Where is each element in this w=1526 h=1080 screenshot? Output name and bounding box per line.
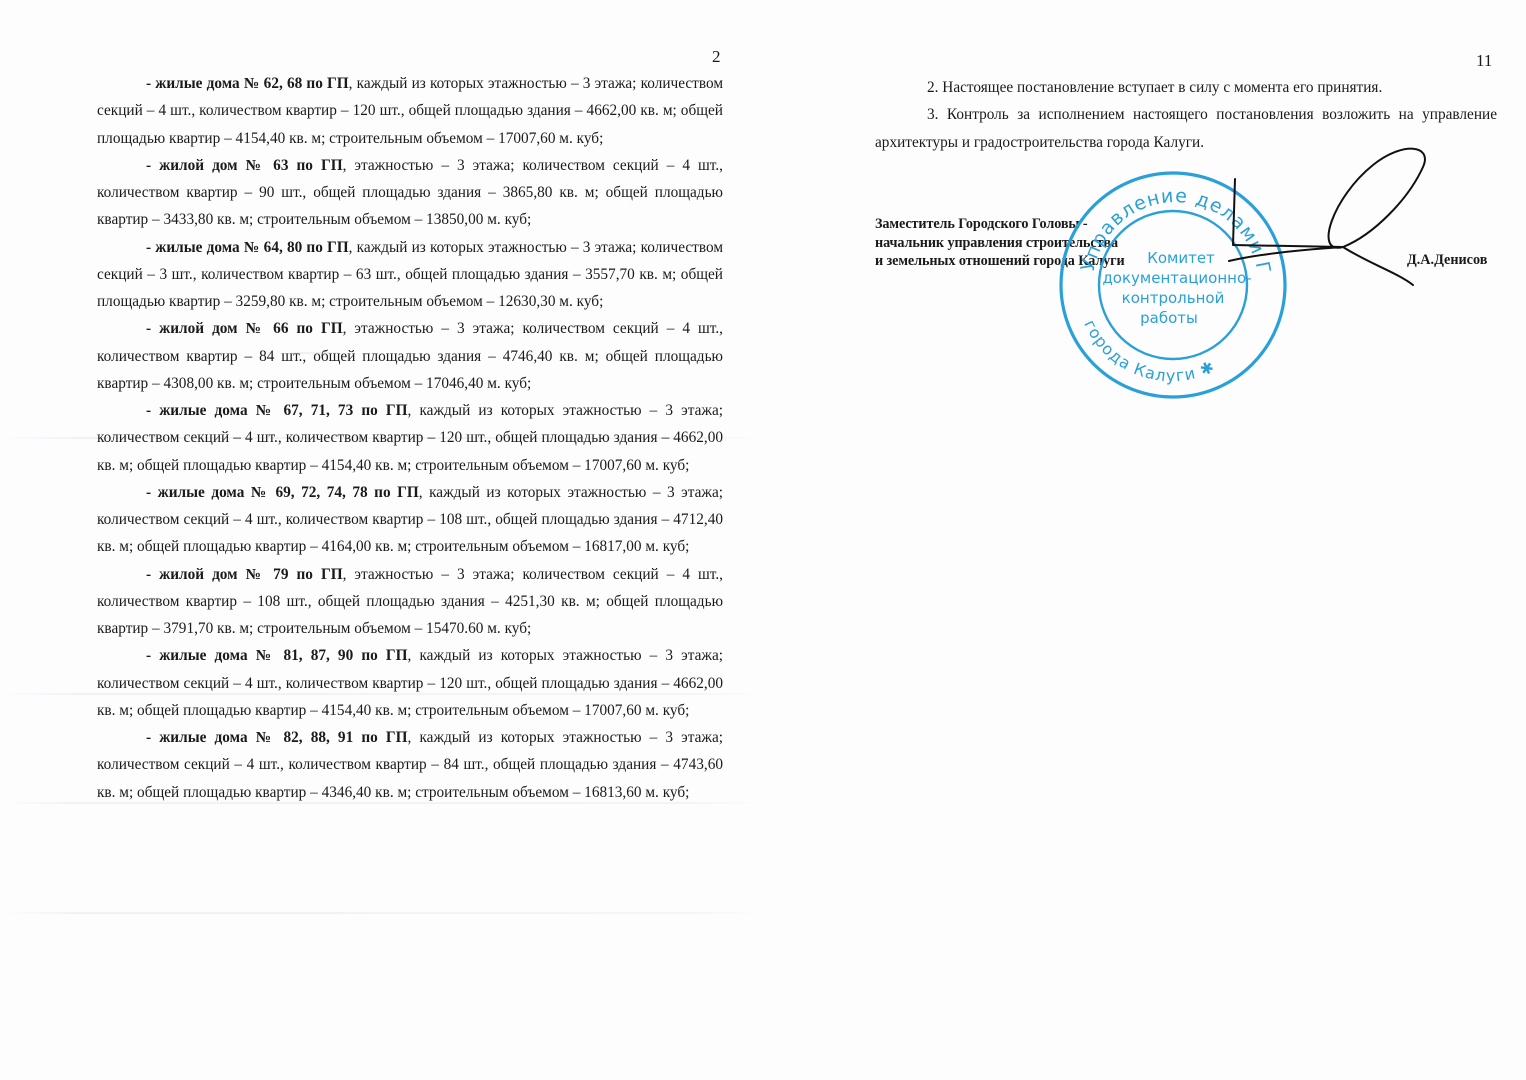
building-entry-heading: - жилые дома № 69, 72, 74, 78 по ГП xyxy=(146,484,419,501)
building-entry-heading: - жилой дом № 79 по ГП xyxy=(146,566,343,583)
building-entry: - жилые дома № 82, 88, 91 по ГП, каждый … xyxy=(97,724,723,806)
page-right: 11 2. Настоящее постановление вступает в… xyxy=(763,0,1526,1080)
building-entry-heading: - жилой дом № 66 по ГП xyxy=(146,320,343,337)
page-number: 11 xyxy=(1476,51,1492,71)
building-entry-heading: - жилые дома № 67, 71, 73 по ГП xyxy=(146,402,408,419)
svg-text:Комитет: Комитет xyxy=(1147,249,1215,267)
building-entry: - жилые дома № 69, 72, 74, 78 по ГП, каж… xyxy=(97,479,723,561)
building-entry-heading: - жилые дома № 82, 88, 91 по ГП xyxy=(146,729,408,746)
handwritten-signature-icon xyxy=(1223,145,1453,300)
building-entry-heading: - жилые дома № 81, 87, 90 по ГП xyxy=(146,647,408,664)
building-list: - жилые дома № 62, 68 по ГП, каждый из к… xyxy=(97,70,723,806)
building-entry: - жилые дома № 81, 87, 90 по ГП, каждый … xyxy=(97,642,723,724)
resolution-clauses: 2. Настоящее постановление вступает в си… xyxy=(875,74,1497,156)
page-number: 2 xyxy=(712,47,721,67)
clause-2: 2. Настоящее постановление вступает в си… xyxy=(875,74,1497,101)
building-entry-heading: - жилые дома № 64, 80 по ГП xyxy=(146,239,349,256)
svg-text:контрольной: контрольной xyxy=(1122,289,1225,307)
building-entry: - жилой дом № 79 по ГП, этажностью – 3 э… xyxy=(97,561,723,643)
bleed-through-line xyxy=(0,912,763,914)
building-entry: - жилые дома № 62, 68 по ГП, каждый из к… xyxy=(97,70,723,152)
building-entry-heading: - жилой дом № 63 по ГП xyxy=(146,157,343,174)
building-entry: - жилой дом № 63 по ГП, этажностью – 3 э… xyxy=(97,152,723,234)
building-entry: - жилые дома № 64, 80 по ГП, каждый из к… xyxy=(97,234,723,316)
building-entry: - жилые дома № 67, 71, 73 по ГП, каждый … xyxy=(97,397,723,479)
page-left: 2 - жилые дома № 62, 68 по ГП, каждый из… xyxy=(0,0,763,1080)
svg-text:работы: работы xyxy=(1140,309,1198,327)
building-entry: - жилой дом № 66 по ГП, этажностью – 3 э… xyxy=(97,315,723,397)
building-entry-heading: - жилые дома № 62, 68 по ГП xyxy=(146,75,349,92)
